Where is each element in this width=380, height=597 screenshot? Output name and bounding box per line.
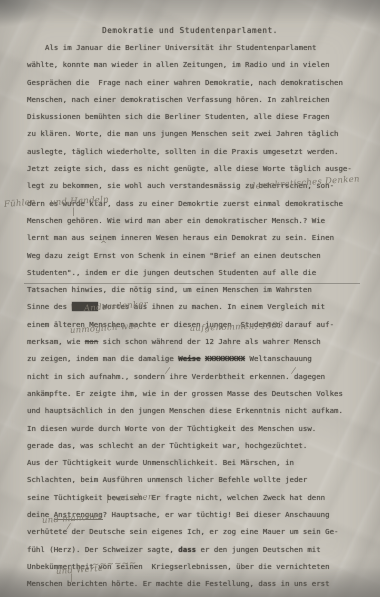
handwritten-annotation: Andersdenker bbox=[84, 300, 149, 314]
handwritten-annotation: und manches bbox=[42, 512, 103, 526]
handwritten-annotation: Fühlen bbox=[4, 197, 37, 210]
pencil-line bbox=[24, 283, 360, 284]
handwritten-annotation: und Werte bbox=[56, 564, 104, 577]
handwritten-annotation: | bbox=[70, 573, 73, 583]
handwritten-annotation: ^ bbox=[100, 240, 107, 250]
handwritten-annotation: und Handeln bbox=[50, 195, 109, 208]
handwritten-annotation: unmöglich war, bbox=[70, 321, 141, 336]
handwritten-annotation: / bbox=[291, 366, 296, 376]
handwritten-annotation: aufgenommen, 1933 bbox=[190, 321, 284, 334]
handwritten-annotation: | von oben bbox=[106, 492, 154, 504]
handwritten-annotation: / bbox=[67, 522, 71, 532]
handwritten-annotation: / bbox=[165, 366, 170, 376]
handwritten-annotation: demokratisches Denken bbox=[250, 174, 360, 192]
document-page: Demokratie und Studentenparlament. Als i… bbox=[0, 0, 380, 597]
handwritten-annotation: | bbox=[72, 207, 75, 217]
handwritten-annotations-layer: demokratisches DenkenFühlenund Handeln|^… bbox=[0, 0, 380, 597]
photo-background: Demokratie und Studentenparlament. Als i… bbox=[0, 0, 380, 597]
